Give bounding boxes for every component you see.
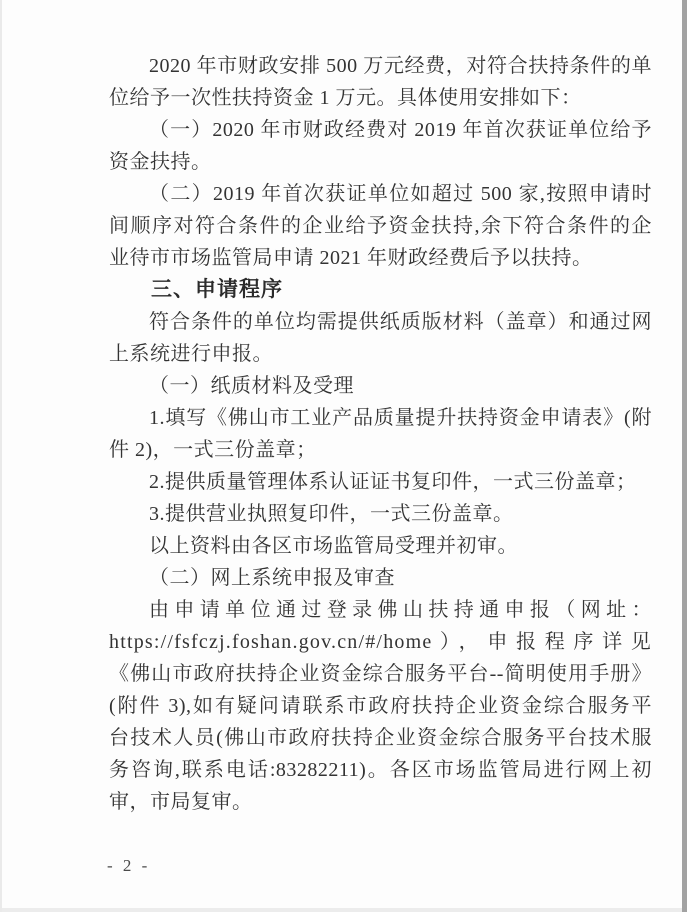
document-body: 2020 年市财政安排 500 万元经费，对符合扶持条件的单位给予一次性扶持资金…: [109, 50, 652, 818]
text-line: (附件 3),如有疑问请联系市政府扶持企业资金综合服务平: [109, 690, 652, 722]
text-line: 以上资料由各区市场监管局受理并初审。: [109, 530, 652, 562]
text-line: （二）网上系统申报及审查: [109, 562, 652, 594]
text-line: 审，市局复审。: [109, 786, 652, 818]
text-line: 业待市市场监管局申请 2021 年财政经费后予以扶持。: [109, 242, 652, 274]
scanned-document-page: 2020 年市财政安排 500 万元经费，对符合扶持条件的单位给予一次性扶持资金…: [0, 0, 687, 912]
text-line: https://fsfczj.foshan.gov.cn/#/home），申报程…: [109, 626, 652, 658]
text-line: 台技术人员(佛山市政府扶持企业资金综合服务平台技术服: [109, 722, 652, 754]
text-line: （一）2020 年市财政经费对 2019 年首次获证单位给予: [109, 114, 652, 146]
text-line: （一）纸质材料及受理: [109, 370, 652, 402]
text-line: 位给予一次性扶持资金 1 万元。具体使用安排如下：: [109, 82, 652, 114]
text-line: 2.提供质量管理体系认证证书复印件，一式三份盖章；: [109, 466, 652, 498]
text-line: 由申请单位通过登录佛山扶持通申报（网址：: [109, 594, 652, 626]
text-line: 《佛山市政府扶持企业资金综合服务平台--简明使用手册》: [109, 658, 652, 690]
text-line: 资金扶持。: [109, 146, 652, 178]
text-line: 符合条件的单位均需提供纸质版材料（盖章）和通过网: [109, 306, 652, 338]
text-line: 间顺序对符合条件的企业给予资金扶持,余下符合条件的企: [109, 210, 652, 242]
text-line: 1.填写《佛山市工业产品质量提升扶持资金申请表》(附: [109, 402, 652, 434]
text-line: 2020 年市财政安排 500 万元经费，对符合扶持条件的单: [109, 50, 652, 82]
text-line: 3.提供营业执照复印件，一式三份盖章。: [109, 498, 652, 530]
page-number: - 2 -: [107, 856, 150, 876]
section-heading: 三、申请程序: [109, 274, 652, 306]
text-line: 务咨询,联系电话:83282211)。各区市场监管局进行网上初: [109, 754, 652, 786]
text-line: 件 2)，一式三份盖章；: [109, 434, 652, 466]
text-line: （二）2019 年首次获证单位如超过 500 家,按照申请时: [109, 178, 652, 210]
scan-edge-right: [682, 0, 687, 912]
scan-edge-bottom: [2, 908, 687, 912]
text-line: 上系统进行申报。: [109, 338, 652, 370]
